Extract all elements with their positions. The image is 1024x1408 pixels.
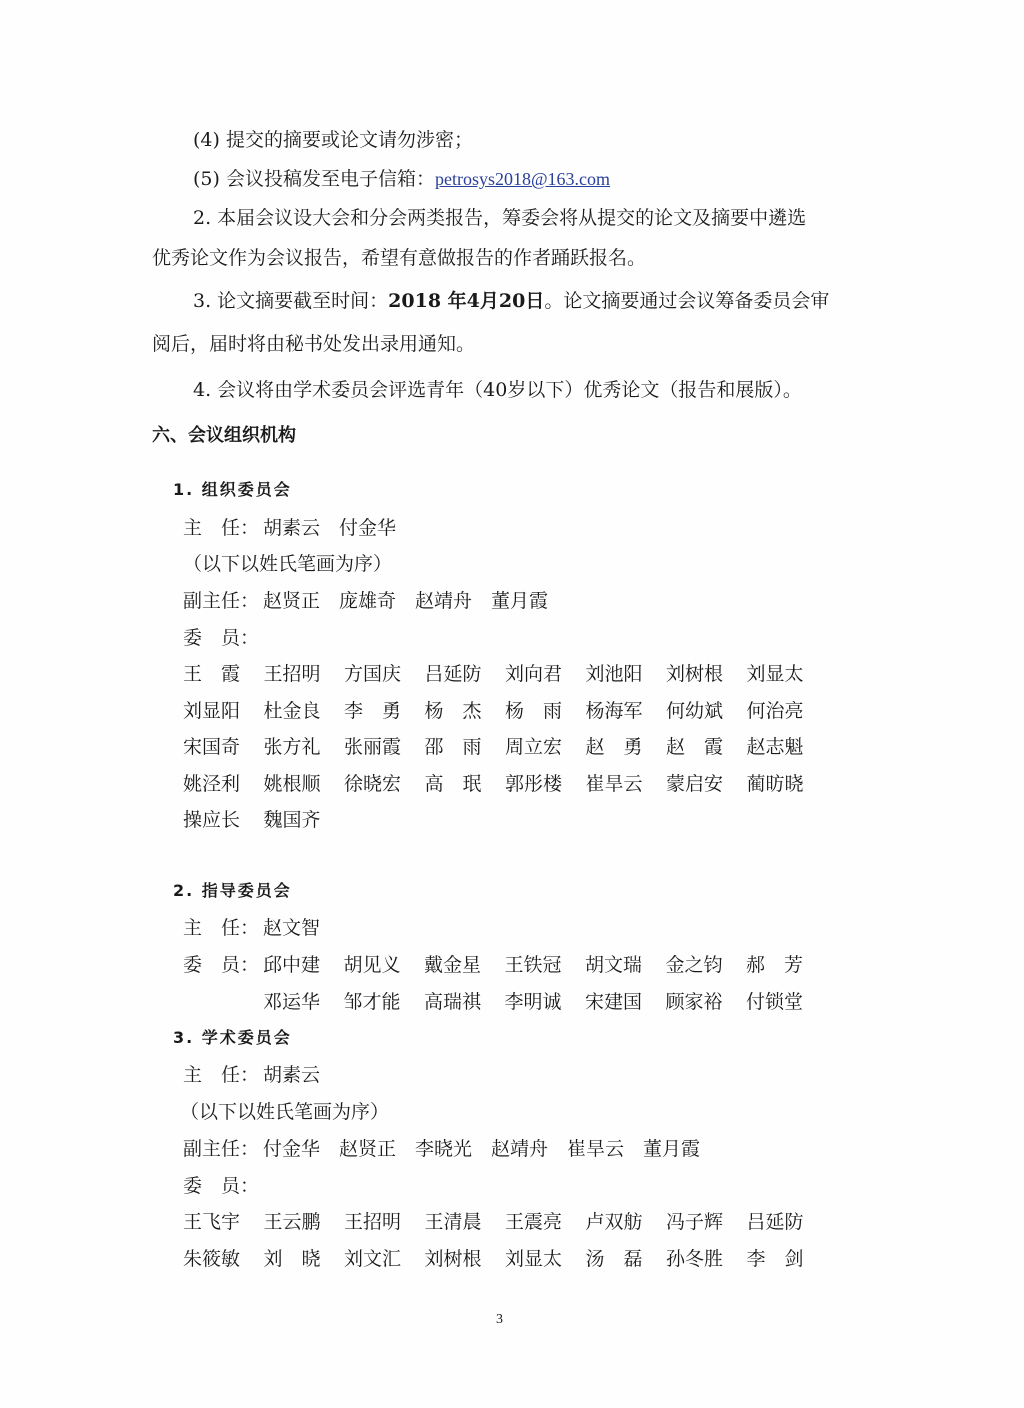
academic-committee-title: 3. 学术委员会 <box>173 1025 292 1051</box>
member-name: 王 霞 <box>183 661 264 687</box>
steering-committee-title: 2. 指导委员会 <box>173 878 292 904</box>
member-name: 刘显阳 <box>183 698 264 724</box>
member-name: 方国庆 <box>344 661 425 687</box>
member-name: 蒙启安 <box>666 771 747 797</box>
member-name: 姚根顺 <box>264 771 345 797</box>
members-label: 委 员： <box>183 1173 259 1199</box>
member-name: 孙冬胜 <box>666 1246 747 1272</box>
member-name: 赵 霞 <box>666 734 747 760</box>
member-name: 高 珉 <box>425 771 506 797</box>
member-name: 操应长 <box>183 807 264 833</box>
member-name: 吕延防 <box>425 661 506 687</box>
order-note: （以下以姓氏笔画为序） <box>183 551 392 577</box>
steering-directors: 主 任：赵文智 <box>183 915 320 941</box>
member-name: 汤 磊 <box>586 1246 667 1272</box>
member-name: 徐晓宏 <box>344 771 425 797</box>
member-name: 金之钧 <box>666 952 747 978</box>
member-name: 顾家裕 <box>666 989 747 1015</box>
member-name: 姚泾利 <box>183 771 264 797</box>
para-3-line-2: 阅后，届时将由秘书处发出录用通知。 <box>152 331 475 357</box>
para-3-suffix: 。论文摘要通过会议筹备委员会审 <box>544 290 829 312</box>
member-name: 何幼斌 <box>666 698 747 724</box>
member-name: 王飞宇 <box>183 1209 264 1235</box>
steering-members-label: 委 员： <box>183 952 259 978</box>
director-label: 主 任： <box>183 515 263 541</box>
member-name: 魏国齐 <box>264 807 345 833</box>
order-note: （以下以姓氏笔画为序） <box>180 1099 389 1125</box>
member-name: 周立宏 <box>505 734 586 760</box>
member-name: 卢双舫 <box>586 1209 667 1235</box>
director-label: 主 任： <box>183 915 263 941</box>
member-name: 王招明 <box>344 1209 425 1235</box>
member-name: 蔺昉晓 <box>747 771 828 797</box>
organizing-committee-title: 1. 组织委员会 <box>173 477 292 503</box>
item-5-label: (5) 会议投稿发至电子信箱： <box>193 168 435 190</box>
organizing-directors: 主 任：胡素云 付金华 <box>183 515 396 541</box>
member-name: 李 勇 <box>344 698 425 724</box>
member-name: 李 剑 <box>747 1246 828 1272</box>
item-5: (5) 会议投稿发至电子信箱：petrosys2018@163.com <box>193 166 610 192</box>
organizing-members-grid: 王 霞 王招明 方国庆 吕延防 刘向君 刘池阳 刘树根 刘显太 刘显阳 杜金良 … <box>183 661 827 833</box>
member-name: 刘文汇 <box>344 1246 425 1272</box>
member-name: 刘显太 <box>505 1246 586 1272</box>
email-link[interactable]: petrosys2018@163.com <box>435 169 610 189</box>
member-name: 刘树根 <box>666 661 747 687</box>
member-name: 崔旱云 <box>586 771 667 797</box>
para-3-prefix: 3. 论文摘要截至时间： <box>193 290 388 312</box>
deputy-label: 副主任： <box>183 588 263 614</box>
member-name: 王云鹏 <box>264 1209 345 1235</box>
member-name: 赵 勇 <box>586 734 667 760</box>
member-name: 刘向君 <box>505 661 586 687</box>
member-name: 何治亮 <box>747 698 828 724</box>
member-name: 冯子辉 <box>666 1209 747 1235</box>
member-name: 杨 杰 <box>425 698 506 724</box>
director-names: 胡素云 付金华 <box>263 517 396 539</box>
member-name: 刘树根 <box>425 1246 506 1272</box>
academic-deputies: 副主任：付金华 赵贤正 李晓光 赵靖舟 崔旱云 董月霞 <box>183 1136 700 1162</box>
member-name: 宋建国 <box>585 989 666 1015</box>
organizing-deputies: 副主任：赵贤正 庞雄奇 赵靖舟 董月霞 <box>183 588 548 614</box>
member-name: 邱中建 <box>263 952 344 978</box>
section-title: 六、会议组织机构 <box>152 423 296 449</box>
member-name: 王震亮 <box>505 1209 586 1235</box>
para-3-line-1: 3. 论文摘要截至时间：2018 年4月20日。论文摘要通过会议筹备委员会审 <box>193 288 829 314</box>
member-name: 李明诚 <box>505 989 586 1015</box>
member-name: 赵志魁 <box>747 734 828 760</box>
member-name: 张方礼 <box>264 734 345 760</box>
members-label: 委 员： <box>183 625 259 651</box>
member-name: 付锁堂 <box>746 989 827 1015</box>
director-names: 胡素云 <box>263 1064 320 1086</box>
member-name: 杨 雨 <box>505 698 586 724</box>
member-name: 王招明 <box>264 661 345 687</box>
member-name: 刘显太 <box>747 661 828 687</box>
member-name: 刘池阳 <box>586 661 667 687</box>
member-name: 杨海军 <box>586 698 667 724</box>
member-name: 邓运华 <box>263 989 344 1015</box>
academic-members-grid: 王飞宇 王云鹏 王招明 王清晨 王震亮 卢双舫 冯子辉 吕延防 朱筱敏 刘 晓 … <box>183 1209 827 1272</box>
member-name: 郝 芳 <box>746 952 827 978</box>
member-name: 胡文瑞 <box>585 952 666 978</box>
deputy-label: 副主任： <box>183 1136 263 1162</box>
member-name: 邵 雨 <box>425 734 506 760</box>
page-number: 3 <box>496 1312 503 1328</box>
para-2-line-1: 2. 本届会议设大会和分会两类报告，筹委会将从提交的论文及摘要中遴选 <box>193 205 806 231</box>
member-name: 杜金良 <box>264 698 345 724</box>
para-2-line-2: 优秀论文作为会议报告，希望有意做报告的作者踊跃报名。 <box>152 245 646 271</box>
deputy-names: 赵贤正 庞雄奇 赵靖舟 董月霞 <box>263 590 548 612</box>
member-name: 邹才能 <box>344 989 425 1015</box>
director-label: 主 任： <box>183 1062 263 1088</box>
member-name: 张丽霞 <box>344 734 425 760</box>
member-name: 王铁冠 <box>505 952 586 978</box>
member-name: 高瑞祺 <box>424 989 505 1015</box>
para-4: 4. 会议将由学术委员会评选青年（40岁以下）优秀论文（报告和展版）。 <box>193 377 802 403</box>
steering-members-grid: 邱中建 胡见义 戴金星 王铁冠 胡文瑞 金之钧 郝 芳 邓运华 邹才能 高瑞祺 … <box>263 952 827 1015</box>
member-name: 宋国奇 <box>183 734 264 760</box>
member-name: 王清晨 <box>425 1209 506 1235</box>
deputy-names: 付金华 赵贤正 李晓光 赵靖舟 崔旱云 董月霞 <box>263 1138 700 1160</box>
deadline-date: 2018 年4月20日 <box>388 290 544 312</box>
item-4: (4) 提交的摘要或论文请勿涉密； <box>193 127 473 153</box>
member-name: 刘 晓 <box>264 1246 345 1272</box>
member-name: 朱筱敏 <box>183 1246 264 1272</box>
member-name: 郭彤楼 <box>505 771 586 797</box>
academic-directors: 主 任：胡素云 <box>183 1062 320 1088</box>
member-name: 戴金星 <box>424 952 505 978</box>
director-names: 赵文智 <box>263 917 320 939</box>
member-name: 胡见义 <box>344 952 425 978</box>
member-name: 吕延防 <box>747 1209 828 1235</box>
